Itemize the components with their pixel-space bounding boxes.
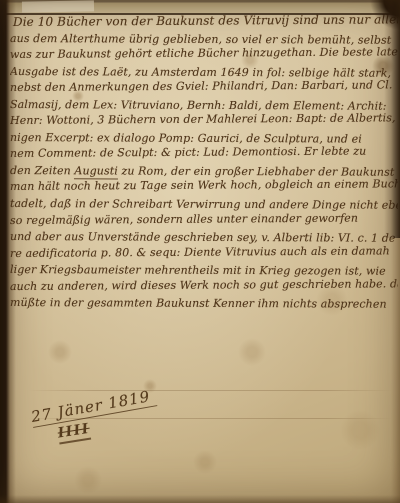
text-line: nebst den Anmerkungen des Gviel: Philand… bbox=[10, 77, 398, 96]
text-line: Die 10 Bücher von der Baukunst des Vitru… bbox=[10, 14, 398, 31]
bottom-edge-shadow bbox=[0, 495, 400, 503]
text-line: müßte in der gesammten Baukunst Kenner i… bbox=[10, 295, 398, 312]
text-line: man hält noch heut zu Tage sein Werk hoc… bbox=[10, 177, 398, 196]
text-line: Henr: Wottoni, 3 Büchern von der Mahlere… bbox=[10, 111, 398, 130]
paper-crease-line bbox=[28, 390, 392, 391]
date-annotation: 27 Jäner 1819 IIII bbox=[30, 387, 161, 447]
manuscript-page: Die 10 Bücher von der Baukunst des Vitru… bbox=[0, 0, 400, 503]
manuscript-text: Die 10 Bücher von der Baukunst des Vitru… bbox=[10, 14, 398, 312]
text-line: auch zu anderen, wird dieses Werk noch s… bbox=[10, 276, 398, 295]
date-text: 27 Jäner 1819 bbox=[30, 386, 158, 428]
text-line: was zur Baukunst gehört etliche Bücher h… bbox=[10, 44, 398, 63]
text-line: re aedificatoria p. 80. & sequ: Diente V… bbox=[10, 243, 398, 262]
page-corner-highlight bbox=[22, 0, 94, 12]
text-line: nem Comment: de Sculpt: & pict: Lud: Dem… bbox=[10, 144, 398, 163]
right-edge-shadow bbox=[384, 0, 400, 238]
underlined-word: Augusti bbox=[74, 164, 118, 179]
text-segment: den Zeiten bbox=[10, 164, 74, 177]
binding-edge bbox=[0, 0, 16, 503]
right-edge-fade bbox=[391, 238, 400, 503]
text-line: so regelmäßig wären, sondern alles unter… bbox=[10, 210, 398, 229]
tally-marks: IIII bbox=[57, 421, 92, 445]
